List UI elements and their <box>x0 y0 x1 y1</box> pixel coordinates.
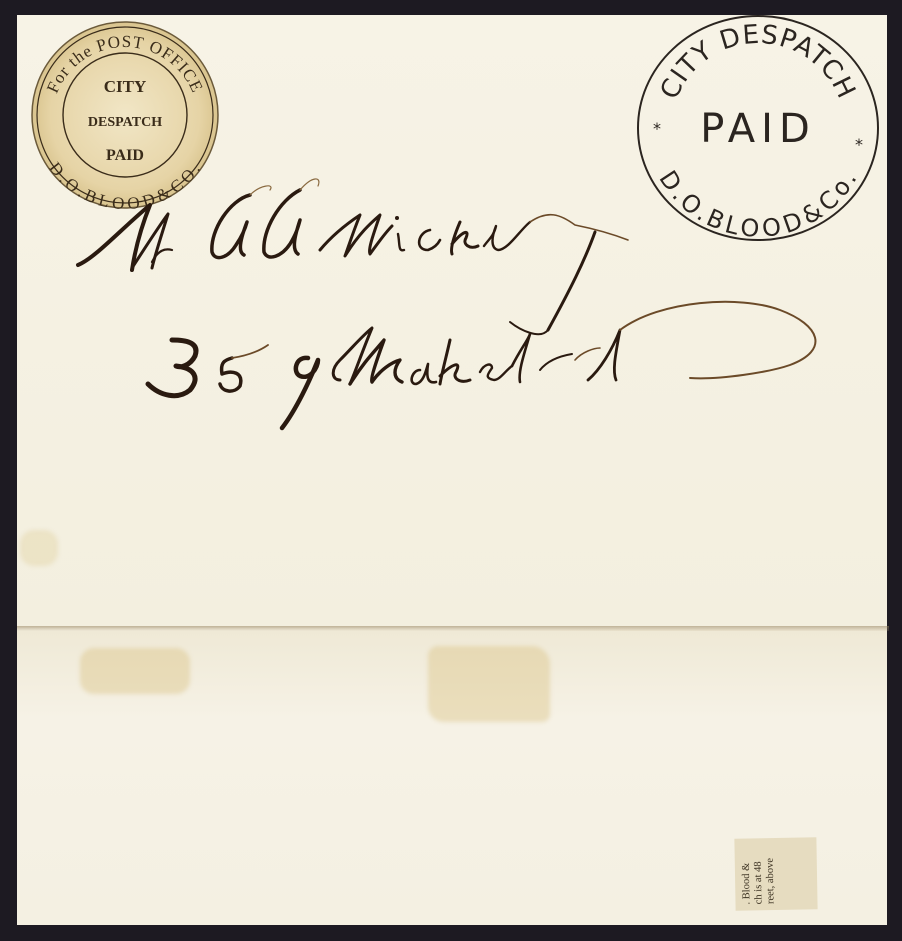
ornament-star-left: * <box>653 119 661 138</box>
svg-text:CITY DESPATCH: CITY DESPATCH <box>655 20 861 104</box>
handstamp-paid: PAID <box>700 106 816 152</box>
handstamp-bottom-text: D.O.BLOOD&Co. <box>653 165 862 243</box>
stamp-left-line3: PAID <box>106 147 144 164</box>
label-line1: . Blood & <box>741 863 753 905</box>
address-line1: Mr G G Mickley <box>0 0 1 1</box>
handstamp-top-text: CITY DESPATCH <box>655 20 861 104</box>
city-despatch-adhesive-stamp: For the POST OFFICE D.O.BLOOD&CO. CITY D… <box>30 20 220 210</box>
ornament-star-right: * <box>855 135 863 154</box>
label-line3: reet, above <box>765 858 777 904</box>
svg-text:D.O.BLOOD&Co.: D.O.BLOOD&Co. <box>653 165 862 243</box>
stamp-left-line1: CITY <box>104 77 147 96</box>
label-line2: ch is at 48 <box>753 861 765 904</box>
stain-mark <box>20 530 58 566</box>
printed-label-fragment: . Blood & ch is at 48 reet, above <box>734 837 817 910</box>
stain-mark <box>428 646 550 722</box>
stamp-left-line2: DESPATCH <box>88 115 162 130</box>
address-line2: 359 Market St <box>0 0 1 1</box>
stain-mark <box>80 648 190 694</box>
city-despatch-handstamp: CITY DESPATCH D.O.BLOOD&Co. * * PAID <box>633 12 883 244</box>
